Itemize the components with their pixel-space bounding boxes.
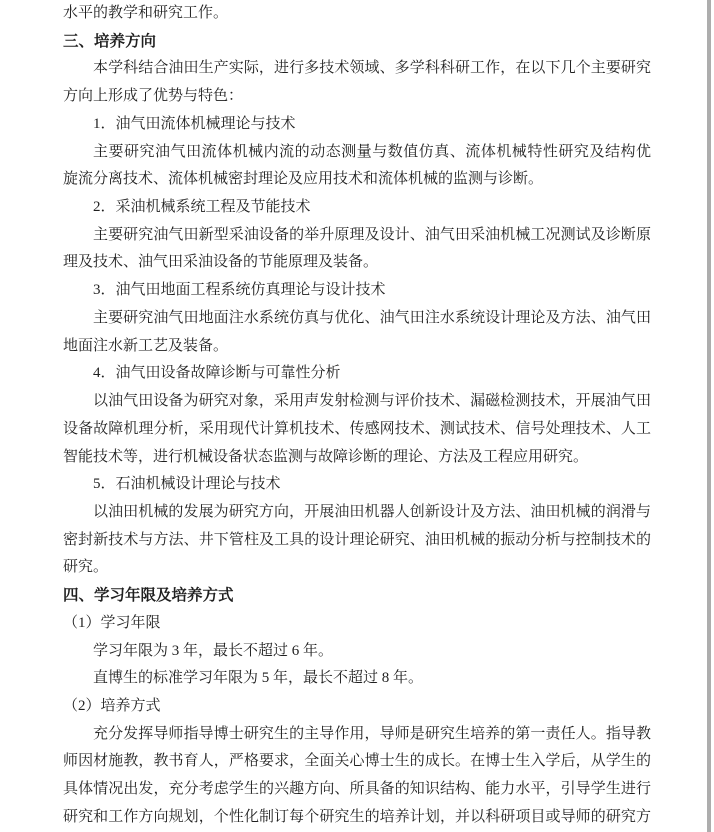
document-page: 水平的教学和研究工作。三、培养方向本学科结合油田生产实际，进行多技术领域、多学科… — [0, 0, 714, 832]
paragraph-line: 直博生的标准学习年限为 5 年，最长不超过 8 年。 — [63, 665, 651, 693]
section-heading: 四、学习年限及培养方式 — [63, 582, 651, 610]
paragraph-line: 主要研究油气田地面注水系统仿真与优化、油气田注水系统设计理论及方法、油气田 — [63, 305, 651, 333]
paragraph-line: 主要研究油气田新型采油设备的举升原理及设计、油气田采油机械工况测试及诊断原 — [63, 222, 651, 250]
numbered-item-line: 3．油气田地面工程系统仿真理论与设计技术 — [63, 277, 651, 305]
scrollbar[interactable] — [707, 0, 711, 832]
document-body: 水平的教学和研究工作。三、培养方向本学科结合油田生产实际，进行多技术领域、多学科… — [63, 0, 651, 832]
paragraph-line: 地面注水新工艺及装备。 — [63, 333, 651, 361]
paragraph-line: 水平的教学和研究工作。 — [63, 0, 651, 28]
paragraph-line: 设备故障机理分析，采用现代计算机技术、传感网技术、测试技术、信号处理技术、人工 — [63, 416, 651, 444]
numbered-item-line: 5．石油机械设计理论与技术 — [63, 471, 651, 499]
paragraph-line: 研究和工作方向规划，个性化制订每个研究生的培养计划，并以科研项目或导师的研究方 — [63, 804, 651, 832]
subsection-label: （2）培养方式 — [63, 693, 651, 721]
paragraph-line: 智能技术等，进行机械设备状态监测与故障诊断的理论、方法及工程应用研究。 — [63, 444, 651, 472]
paragraph-line: 学习年限为 3 年，最长不超过 6 年。 — [63, 638, 651, 666]
paragraph-line: 以油田机械的发展为研究方向，开展油田机器人创新设计及方法、油田机械的润滑与 — [63, 499, 651, 527]
subsection-label: （1）学习年限 — [63, 610, 651, 638]
numbered-item-line: 1．油气田流体机械理论与技术 — [63, 111, 651, 139]
section-heading: 三、培养方向 — [63, 28, 651, 56]
paragraph-line: 具体情况出发，充分考虑学生的兴趣方向、所具备的知识结构、能力水平，引导学生进行 — [63, 776, 651, 804]
numbered-item-line: 2．采油机械系统工程及节能技术 — [63, 194, 651, 222]
numbered-item-line: 4．油气田设备故障诊断与可靠性分析 — [63, 360, 651, 388]
paragraph-line: 充分发挥导师指导博士研究生的主导作用，导师是研究生培养的第一责任人。指导教 — [63, 721, 651, 749]
paragraph-line: 以油气田设备为研究对象，采用声发射检测与评价技术、漏磁检测技术，开展油气田 — [63, 388, 651, 416]
paragraph-line: 主要研究油气田流体机械内流的动态测量与数值仿真、流体机械特性研究及结构优化、 — [63, 139, 651, 167]
paragraph-line: 理及技术、油气田采油设备的节能原理及装备。 — [63, 249, 651, 277]
paragraph-line: 方向上形成了优势与特色： — [63, 83, 651, 111]
paragraph-line: 研究。 — [63, 554, 651, 582]
paragraph-line: 本学科结合油田生产实际，进行多技术领域、多学科科研工作，在以下几个主要研究 — [63, 55, 651, 83]
paragraph-line: 师因材施教，教书育人，严格要求，全面关心博士生的成长。在博士生入学后，从学生的 — [63, 748, 651, 776]
paragraph-line: 旋流分离技术、流体机械密封理论及应用技术和流体机械的监测与诊断。 — [63, 166, 651, 194]
paragraph-line: 密封新技术与方法、井下管柱及工具的设计理论研究、油田机械的振动分析与控制技术的 — [63, 527, 651, 555]
